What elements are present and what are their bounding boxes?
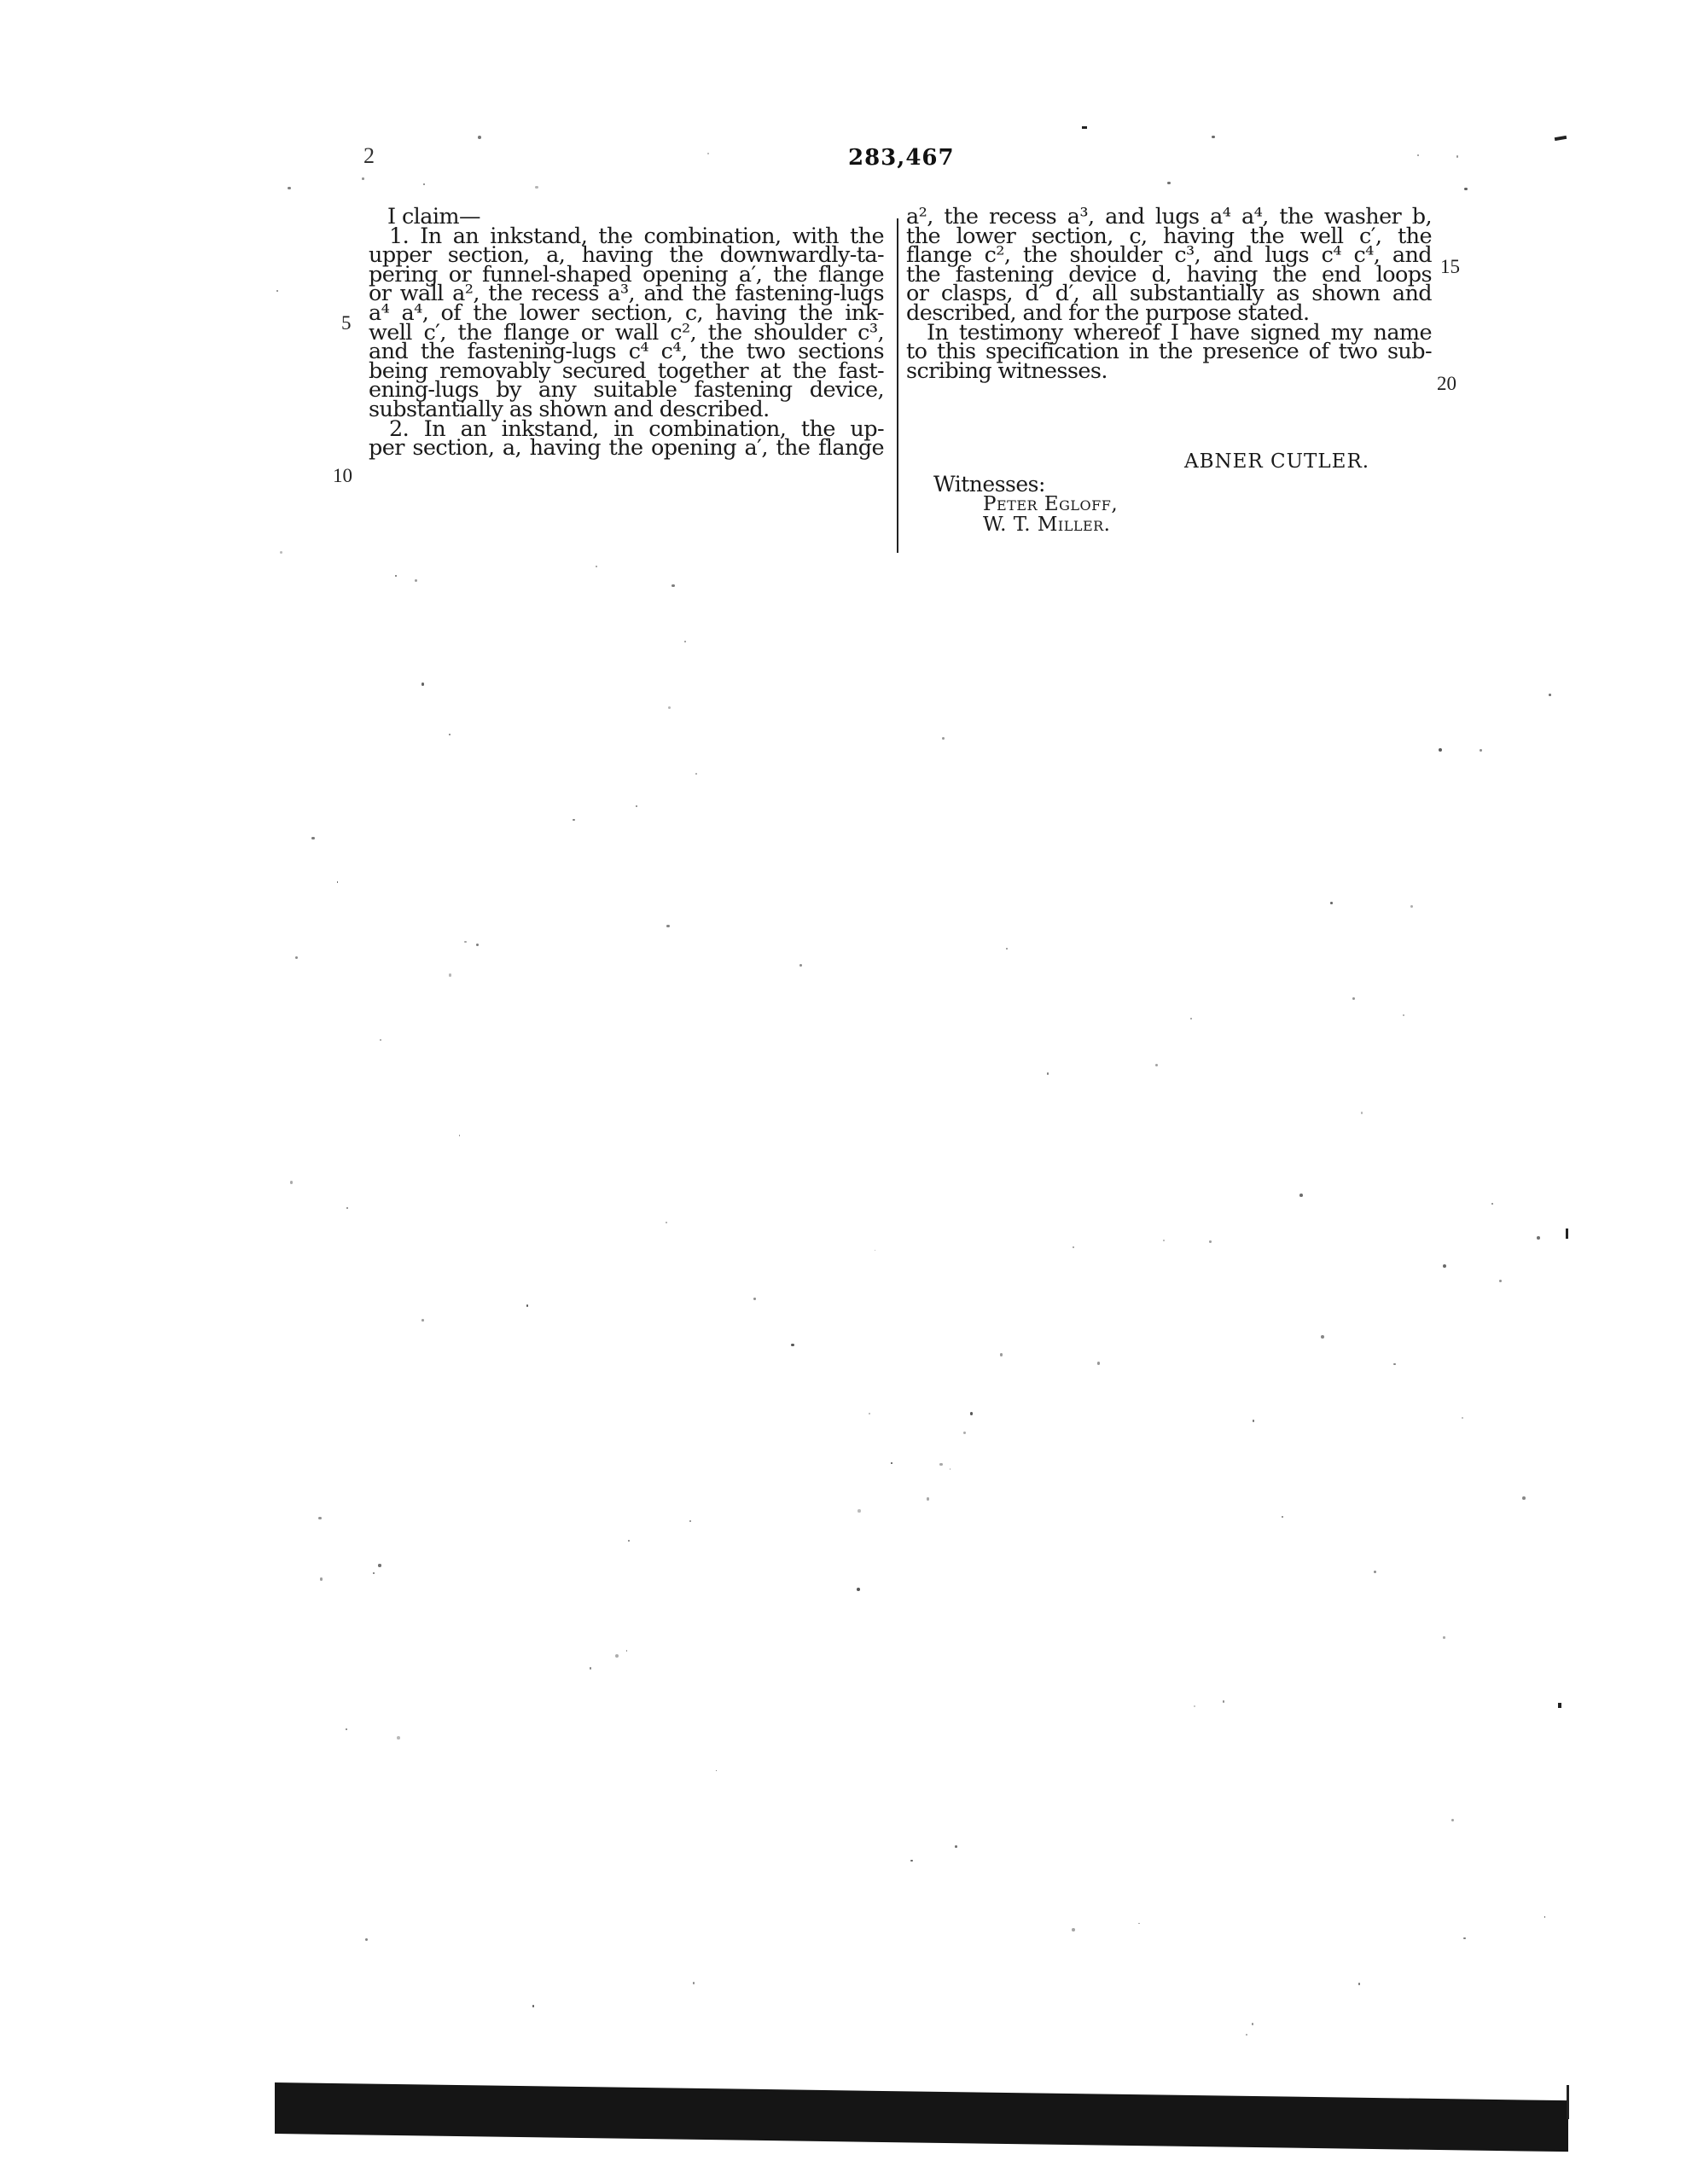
scan-speck	[1253, 1420, 1255, 1422]
scan-speck	[955, 1845, 957, 1848]
scan-speck	[1439, 748, 1442, 752]
scan-speck	[858, 1509, 861, 1513]
scan-speck	[1072, 1928, 1075, 1931]
scan-speck	[1463, 1937, 1465, 1939]
scan-speck	[1544, 1916, 1546, 1918]
scan-speck	[1330, 902, 1333, 904]
scan-speck	[970, 1412, 974, 1415]
scan-speck	[346, 1207, 348, 1209]
scan-speck	[346, 1728, 347, 1730]
scan-speck	[636, 805, 637, 807]
scan-speck	[1499, 1280, 1502, 1282]
scan-speck	[295, 956, 298, 959]
scan-speck	[1321, 1335, 1324, 1339]
scan-mark	[1082, 126, 1087, 129]
scan-speck	[1491, 1203, 1493, 1205]
scan-speck	[373, 1572, 375, 1575]
scan-speck	[288, 187, 290, 189]
scan-speck	[464, 941, 466, 943]
scan-speck	[716, 1770, 718, 1772]
scan-speck	[1358, 1983, 1361, 1985]
scan-speck	[449, 734, 451, 735]
scan-speck	[1209, 1240, 1211, 1242]
witness-name: Peter Egloff,	[983, 493, 1118, 515]
scan-speck	[478, 136, 481, 139]
claim-line: per section, a, having the opening a′, t…	[369, 439, 884, 458]
scan-speck	[1047, 1072, 1049, 1074]
scan-speck	[1299, 1194, 1303, 1197]
scan-speck	[415, 579, 417, 582]
witness-name: W. T. Miller.	[983, 514, 1110, 536]
scan-speck	[1480, 749, 1482, 752]
scan-speck	[791, 1344, 794, 1347]
scan-speck	[1252, 2023, 1253, 2024]
scan-speck	[362, 177, 363, 179]
scan-speck	[337, 881, 339, 883]
scan-speck	[421, 1319, 424, 1321]
scan-speck	[395, 575, 397, 577]
scan-speck	[290, 1181, 293, 1183]
scan-speck	[365, 1938, 368, 1941]
scan-speck	[875, 1250, 876, 1252]
scan-speck	[1410, 905, 1413, 908]
scan-speck	[535, 186, 538, 189]
scan-speck	[1417, 154, 1419, 156]
scan-speck	[1282, 1516, 1283, 1518]
scan-mark	[1566, 1228, 1568, 1239]
scan-speck	[1097, 1362, 1101, 1365]
scan-speck	[378, 1564, 381, 1566]
scan-speck	[695, 773, 697, 775]
scan-speck	[628, 1540, 630, 1542]
patent-number: 283,467	[848, 145, 955, 171]
inventor-signature: ABNER CUTLER.	[1184, 450, 1369, 473]
scan-speck	[1155, 1064, 1158, 1066]
scan-speck	[532, 2005, 534, 2007]
scan-speck	[1443, 1636, 1445, 1638]
scan-speck	[942, 737, 945, 741]
scan-speck	[1212, 136, 1215, 139]
line-number-10: 10	[333, 465, 352, 487]
scan-speck	[666, 925, 669, 927]
scan-speck	[1167, 182, 1170, 184]
scan-speck	[869, 1413, 870, 1414]
scan-speck	[1537, 1236, 1540, 1240]
scan-speck	[693, 1982, 695, 1984]
scan-speck	[1522, 1496, 1526, 1500]
scan-speck	[421, 682, 425, 686]
scan-mark	[1567, 2085, 1569, 2119]
scan-speck	[666, 1222, 667, 1223]
page-number: 2	[363, 143, 375, 169]
scan-speck	[689, 1520, 691, 1522]
scan-speck	[668, 706, 671, 709]
scan-speck	[573, 819, 574, 821]
scan-speck	[753, 1298, 755, 1299]
scan-speck	[1549, 694, 1551, 696]
scan-mark	[1555, 136, 1567, 141]
scan-speck	[1361, 1112, 1363, 1114]
scan-speck	[891, 1462, 892, 1464]
scan-speck	[1464, 188, 1468, 191]
scan-speck	[707, 153, 709, 154]
claims-left-column: I claim— 1. In an inkstand, the combinat…	[369, 207, 884, 458]
claims-right-column: a², the recess a³, and lugs a⁴ a⁴, the w…	[906, 207, 1432, 380]
scan-speck	[423, 183, 425, 185]
scan-speck	[671, 584, 675, 588]
scan-speck	[799, 964, 802, 967]
scan-speck	[397, 1736, 400, 1740]
scan-speck	[276, 290, 278, 292]
scan-speck	[1163, 1240, 1165, 1241]
scan-speck	[311, 837, 315, 840]
scan-speck	[615, 1654, 619, 1658]
scan-speck	[449, 973, 451, 976]
scan-speck	[320, 1577, 323, 1580]
scan-speck	[1374, 1571, 1377, 1574]
scan-speck	[939, 1463, 943, 1467]
scan-speck	[1194, 1705, 1195, 1707]
scan-speck	[910, 1860, 913, 1862]
line-number-15: 15	[1440, 256, 1460, 278]
column-divider	[897, 218, 898, 553]
scan-speck	[1451, 1819, 1454, 1821]
scan-speck	[596, 566, 597, 567]
scan-speck	[1456, 155, 1458, 157]
scan-speck	[950, 1468, 951, 1470]
scan-speck	[318, 1517, 321, 1519]
scan-speck	[476, 944, 479, 946]
scan-speck	[1403, 1014, 1404, 1016]
scan-speck	[626, 1650, 628, 1652]
scan-speck	[526, 1304, 528, 1306]
line-number-20: 20	[1437, 373, 1456, 395]
scan-speck	[1000, 1353, 1003, 1356]
scan-speck	[1443, 1264, 1446, 1268]
scan-speck	[857, 1588, 860, 1591]
scan-speck	[1138, 1923, 1140, 1925]
scan-speck	[1073, 1246, 1074, 1248]
line-number-5: 5	[341, 312, 352, 334]
scan-speck	[1223, 1700, 1225, 1703]
scan-speck	[1393, 1363, 1396, 1366]
scan-speck	[590, 1667, 591, 1669]
scan-speck	[280, 551, 282, 554]
scan-mark	[1558, 1703, 1561, 1708]
scan-speck	[1246, 2034, 1248, 2036]
scan-speck	[459, 1135, 461, 1136]
testimony-line: scribing witnesses.	[906, 362, 1432, 381]
scan-speck	[1352, 997, 1355, 1000]
scan-speck	[1462, 1417, 1463, 1419]
scan-speck	[1006, 948, 1008, 950]
scan-speck	[380, 1039, 381, 1041]
scan-speck	[1190, 1018, 1192, 1019]
scan-speck	[684, 641, 686, 642]
scan-border-bar	[275, 2082, 1568, 2152]
scan-speck	[963, 1432, 966, 1434]
scan-speck	[927, 1497, 929, 1500]
